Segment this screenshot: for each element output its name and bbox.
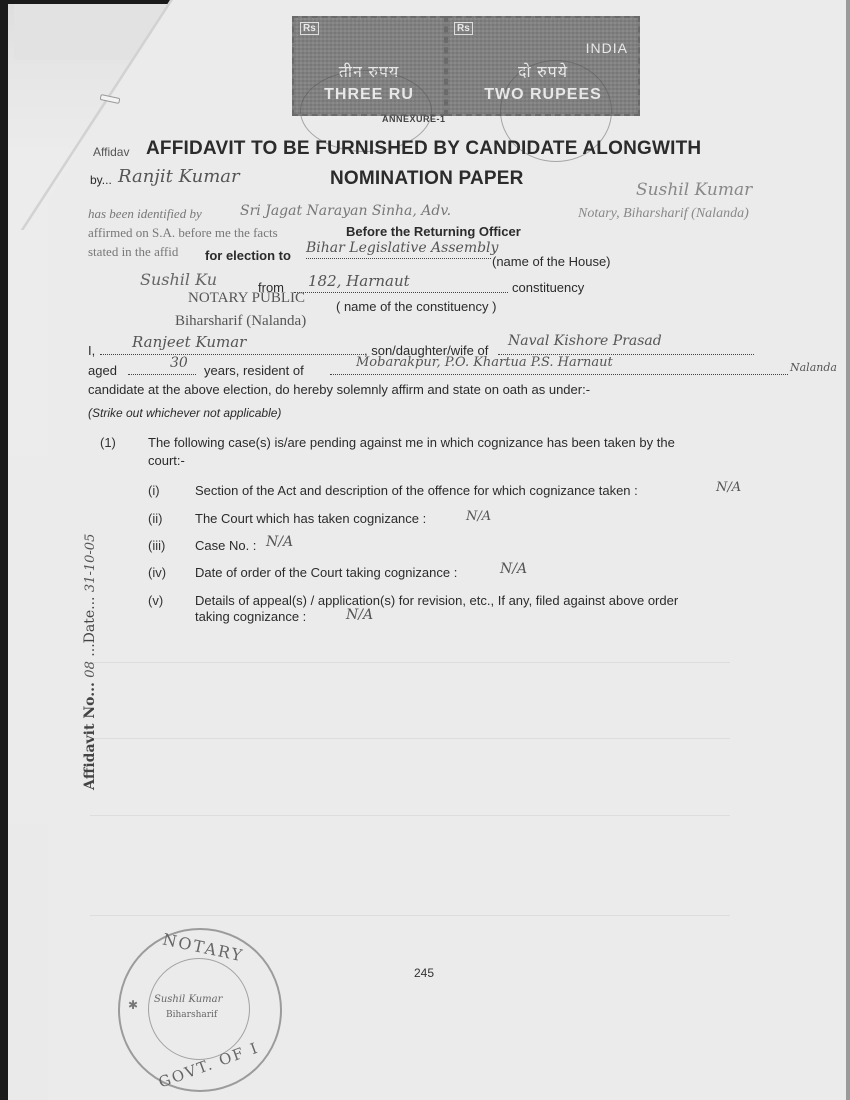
resident-value: Mobarakpur, P.O. Khartua P.S. Harnaut (356, 355, 613, 370)
item-value: N/A (466, 509, 491, 524)
item-number: (ii) (148, 511, 162, 526)
item-number: (iv) (148, 565, 166, 580)
resident-extra: Nalanda (790, 361, 837, 374)
notary-stamp-name: Sushil Kumar (636, 180, 752, 200)
show-through-line (90, 915, 730, 916)
constituency-note: ( name of the constituency ) (336, 299, 496, 314)
affirm-text: candidate at the above election, do here… (88, 382, 590, 397)
star-icon: ✱ (128, 998, 138, 1012)
item-label: The Court which has taken cognizance : (195, 511, 426, 526)
item-value: N/A (346, 607, 373, 623)
election-value: Bihar Legislative Assembly (306, 240, 498, 256)
name-value: Ranjeet Kumar (132, 333, 246, 351)
annexure-label: ANNEXURE-1 (382, 114, 446, 124)
item-label-continued: taking cognizance : (195, 609, 306, 624)
name-field-line (100, 354, 364, 355)
affidavit-no-value: 08 (83, 661, 98, 678)
election-field-line (306, 258, 491, 259)
notary-place: Biharsharif (Nalanda) (175, 313, 306, 330)
item-number: (v) (148, 593, 163, 608)
item-label: Date of order of the Court taking cogniz… (195, 565, 457, 580)
notary-seal: NOTARY ✱ Sushil Kumar Biharsharif GOVT. … (118, 928, 282, 1092)
affidavit-page: Rs तीन रुपय THREE RU Rs INDIA दो रुपये T… (0, 0, 850, 1100)
item-number: (i) (148, 483, 160, 498)
seal-place: Biharsharif (166, 1010, 217, 1020)
section-intro-line-1: The following case(s) is/are pending aga… (148, 435, 675, 450)
from-field-line (294, 292, 508, 293)
item-number: (iii) (148, 538, 165, 553)
item-label: Section of the Act and description of th… (195, 483, 638, 498)
title-line-2: NOMINATION PAPER (330, 168, 524, 190)
affirmed-text: affirmed on S.A. before me the facts (88, 225, 278, 241)
affidavit-no-label: Affidavit No... (82, 682, 98, 790)
seal-name: Sushil Kumar (154, 994, 222, 1005)
show-through-line (90, 738, 730, 739)
affidavit-number-date: Affidavit No... 08 ...Date... 31-10-05 (82, 534, 98, 790)
item-label: Details of appeal(s) / application(s) fo… (195, 593, 678, 608)
item-label: Case No. : (195, 538, 256, 553)
from-value: 182, Harnaut (308, 272, 410, 290)
notary-stamp-title: Notary, Biharsharif (Nalanda) (578, 206, 749, 222)
stated-text: stated in the affid (88, 244, 178, 260)
aged-label: aged (88, 363, 117, 378)
affidavit-prefix: Affidav (93, 145, 129, 159)
years-label: years, resident of (204, 363, 304, 378)
date-value: 31-10-05 (83, 534, 98, 592)
notary-signature: Sushil Ku (140, 270, 217, 289)
constituency-suffix: constituency (512, 280, 584, 295)
page-number: 245 (414, 966, 434, 980)
section-number: (1) (100, 435, 116, 450)
identified-value: Sri Jagat Narayan Sinha, Adv. (240, 203, 451, 219)
strike-note: (Strike out whichever not applicable) (88, 406, 281, 420)
by-value: Ranjit Kumar (118, 166, 240, 187)
election-label: for election to (205, 248, 291, 263)
relation-value: Naval Kishore Prasad (508, 333, 662, 349)
identified-text: has been identified by (88, 206, 202, 222)
date-label: ...Date... (82, 597, 98, 657)
age-value: 30 (170, 355, 188, 371)
title-line-1: AFFIDAVIT TO BE FURNISHED BY CANDIDATE A… (146, 138, 701, 160)
age-field-line (128, 374, 196, 375)
show-through-line (90, 662, 730, 663)
item-value: N/A (266, 534, 293, 550)
item-value: N/A (716, 480, 741, 495)
item-value: N/A (500, 561, 527, 577)
show-through-line (90, 815, 730, 816)
i-label: I, (88, 343, 95, 358)
notary-public-label: NOTARY PUBLIC (188, 290, 305, 307)
scan-right-edge (846, 0, 850, 1100)
before-returning-officer: Before the Returning Officer (346, 224, 521, 239)
section-intro-line-2: court:- (148, 453, 185, 468)
election-suffix: (name of the House) (492, 254, 611, 269)
resident-field-line (330, 374, 788, 375)
by-label: by... (90, 173, 112, 187)
